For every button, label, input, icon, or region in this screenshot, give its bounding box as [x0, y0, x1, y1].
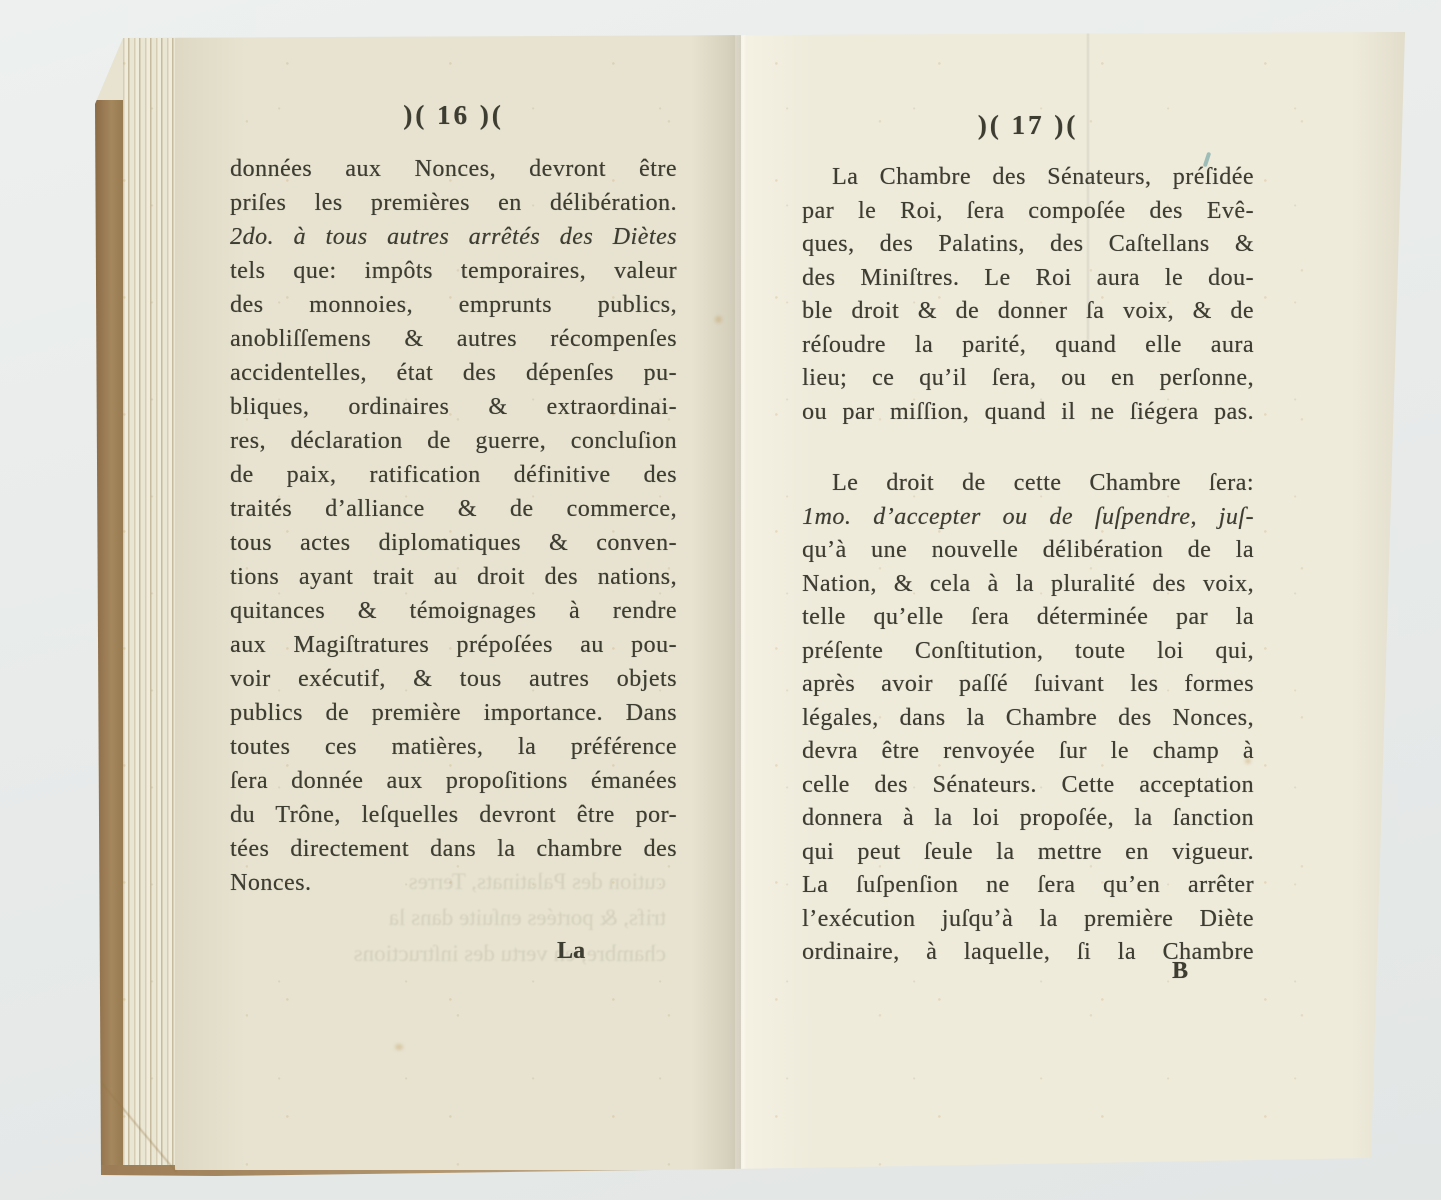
text-line: ou par miſſion, quand il ne ſiégera pas. — [802, 396, 1254, 430]
paragraph: données aux Nonces, devront êtrepriſes l… — [230, 152, 677, 900]
text-line: du Trône, leſquelles devront être por- — [230, 798, 677, 832]
right-page-header: )( 17 )( — [802, 110, 1254, 141]
left-page-header: )( 16 )( — [230, 100, 677, 131]
bleed-through-line: trifs, & portées enſuite dans la — [230, 900, 666, 936]
catchword: La — [230, 938, 677, 965]
text-line: légales, dans la Chambre des Nonces, — [802, 702, 1254, 736]
text-line: 2do. à tous autres arrêtés des Diètes — [230, 220, 677, 254]
text-line: tées directement dans la chambre des — [230, 832, 677, 866]
paper-crease-vertical — [1087, 30, 1089, 340]
text-line: res, déclaration de guerre, concluſion — [230, 424, 677, 458]
foxing-spot — [1245, 758, 1251, 764]
paragraph: Le droit de cette Chambre ſera:1mo. d’ac… — [802, 467, 1254, 970]
text-line: de paix, ratification définitive des — [230, 458, 677, 492]
text-line: après avoir paſſé ſuivant les formes — [802, 668, 1254, 702]
text-line: donnera à la loi propoſée, la ſanction — [802, 802, 1254, 836]
photo-background: { "scene": { "description": "photograph … — [0, 0, 1441, 1200]
page-edge-stack — [123, 38, 177, 1174]
gutter-highlight — [741, 26, 747, 1178]
text-line: bliques, ordinaires & extraordinai- — [230, 390, 677, 424]
foxing-spot — [715, 316, 722, 323]
text-line: priſes les premières en délibération. — [230, 186, 677, 220]
text-line: quitances & témoignages à rendre — [230, 594, 677, 628]
text-line: préſente Conſtitution, toute loi qui, — [802, 635, 1254, 669]
text-line: qu’à une nouvelle délibération de la — [802, 534, 1254, 568]
text-line: tions ayant trait au droit des nations, — [230, 560, 677, 594]
text-line: devra être renvoyée ſur le champ à — [802, 735, 1254, 769]
gutter-shadow — [691, 26, 743, 1178]
text-line: voir exécutif, & tous autres objets — [230, 662, 677, 696]
signature-mark: B — [802, 958, 1254, 985]
text-line: celle des Sénateurs. Cette acceptation — [802, 769, 1254, 803]
text-line: réſoudre la parité, quand elle aura — [802, 329, 1254, 363]
text-line: des monnoies, emprunts publics, — [230, 288, 677, 322]
text-line: par le Roi, ſera compoſée des Evê- — [802, 195, 1254, 229]
left-page-text: données aux Nonces, devront êtrepriſes l… — [230, 152, 677, 900]
paragraph: La Chambre des Sénateurs, préſidéepar le… — [802, 161, 1254, 429]
book-cover-edge — [95, 100, 125, 1178]
text-line: traités d’alliance & de commerce, — [230, 492, 677, 526]
text-line: publics de première importance. Dans — [230, 696, 677, 730]
text-line: lieu; ce qu’il ſera, ou en perſonne, — [802, 362, 1254, 396]
text-line: tels que: impôts temporaires, valeur — [230, 254, 677, 288]
text-line: 1mo. d’accepter ou de ſuſpendre, juſ- — [802, 501, 1254, 535]
bleed-through-line: cution des Palatinats, Terres — [230, 864, 666, 900]
right-page-text: La Chambre des Sénateurs, préſidéepar le… — [802, 161, 1254, 970]
text-line: ſera donnée aux propoſitions émanées — [230, 764, 677, 798]
text-line: données aux Nonces, devront être — [230, 152, 677, 186]
text-line: anobliſſemens & autres récompenſes — [230, 322, 677, 356]
text-line: La Chambre des Sénateurs, préſidée — [802, 161, 1254, 195]
text-line: l’exécution juſqu’à la première Diète — [802, 903, 1254, 937]
text-line: accidentelles, état des dépenſes pu- — [230, 356, 677, 390]
text-line: telle qu’elle ſera déterminée par la — [802, 601, 1254, 635]
text-line: La ſuſpenſion ne ſera qu’en arrêter — [802, 869, 1254, 903]
text-line: aux Magiſtratures prépoſées au pou- — [230, 628, 677, 662]
text-line: qui peut ſeule la mettre en vigueur. — [802, 836, 1254, 870]
text-line: des Miniſtres. Le Roi aura le dou- — [802, 262, 1254, 296]
text-line: tous actes diplomatiques & conven- — [230, 526, 677, 560]
text-line: ble droit & de donner ſa voix, & de — [802, 295, 1254, 329]
book: )( 16 )( )( 17 )( données aux Nonces, de… — [95, 26, 1412, 1178]
text-line: Nation, & cela à la pluralité des voix, — [802, 568, 1254, 602]
text-line: toutes ces matières, la préférence — [230, 730, 677, 764]
text-line: ques, des Palatins, des Caſtellans & — [802, 228, 1254, 262]
text-line: Le droit de cette Chambre ſera: — [802, 467, 1254, 501]
foxing-spot — [395, 1044, 403, 1050]
